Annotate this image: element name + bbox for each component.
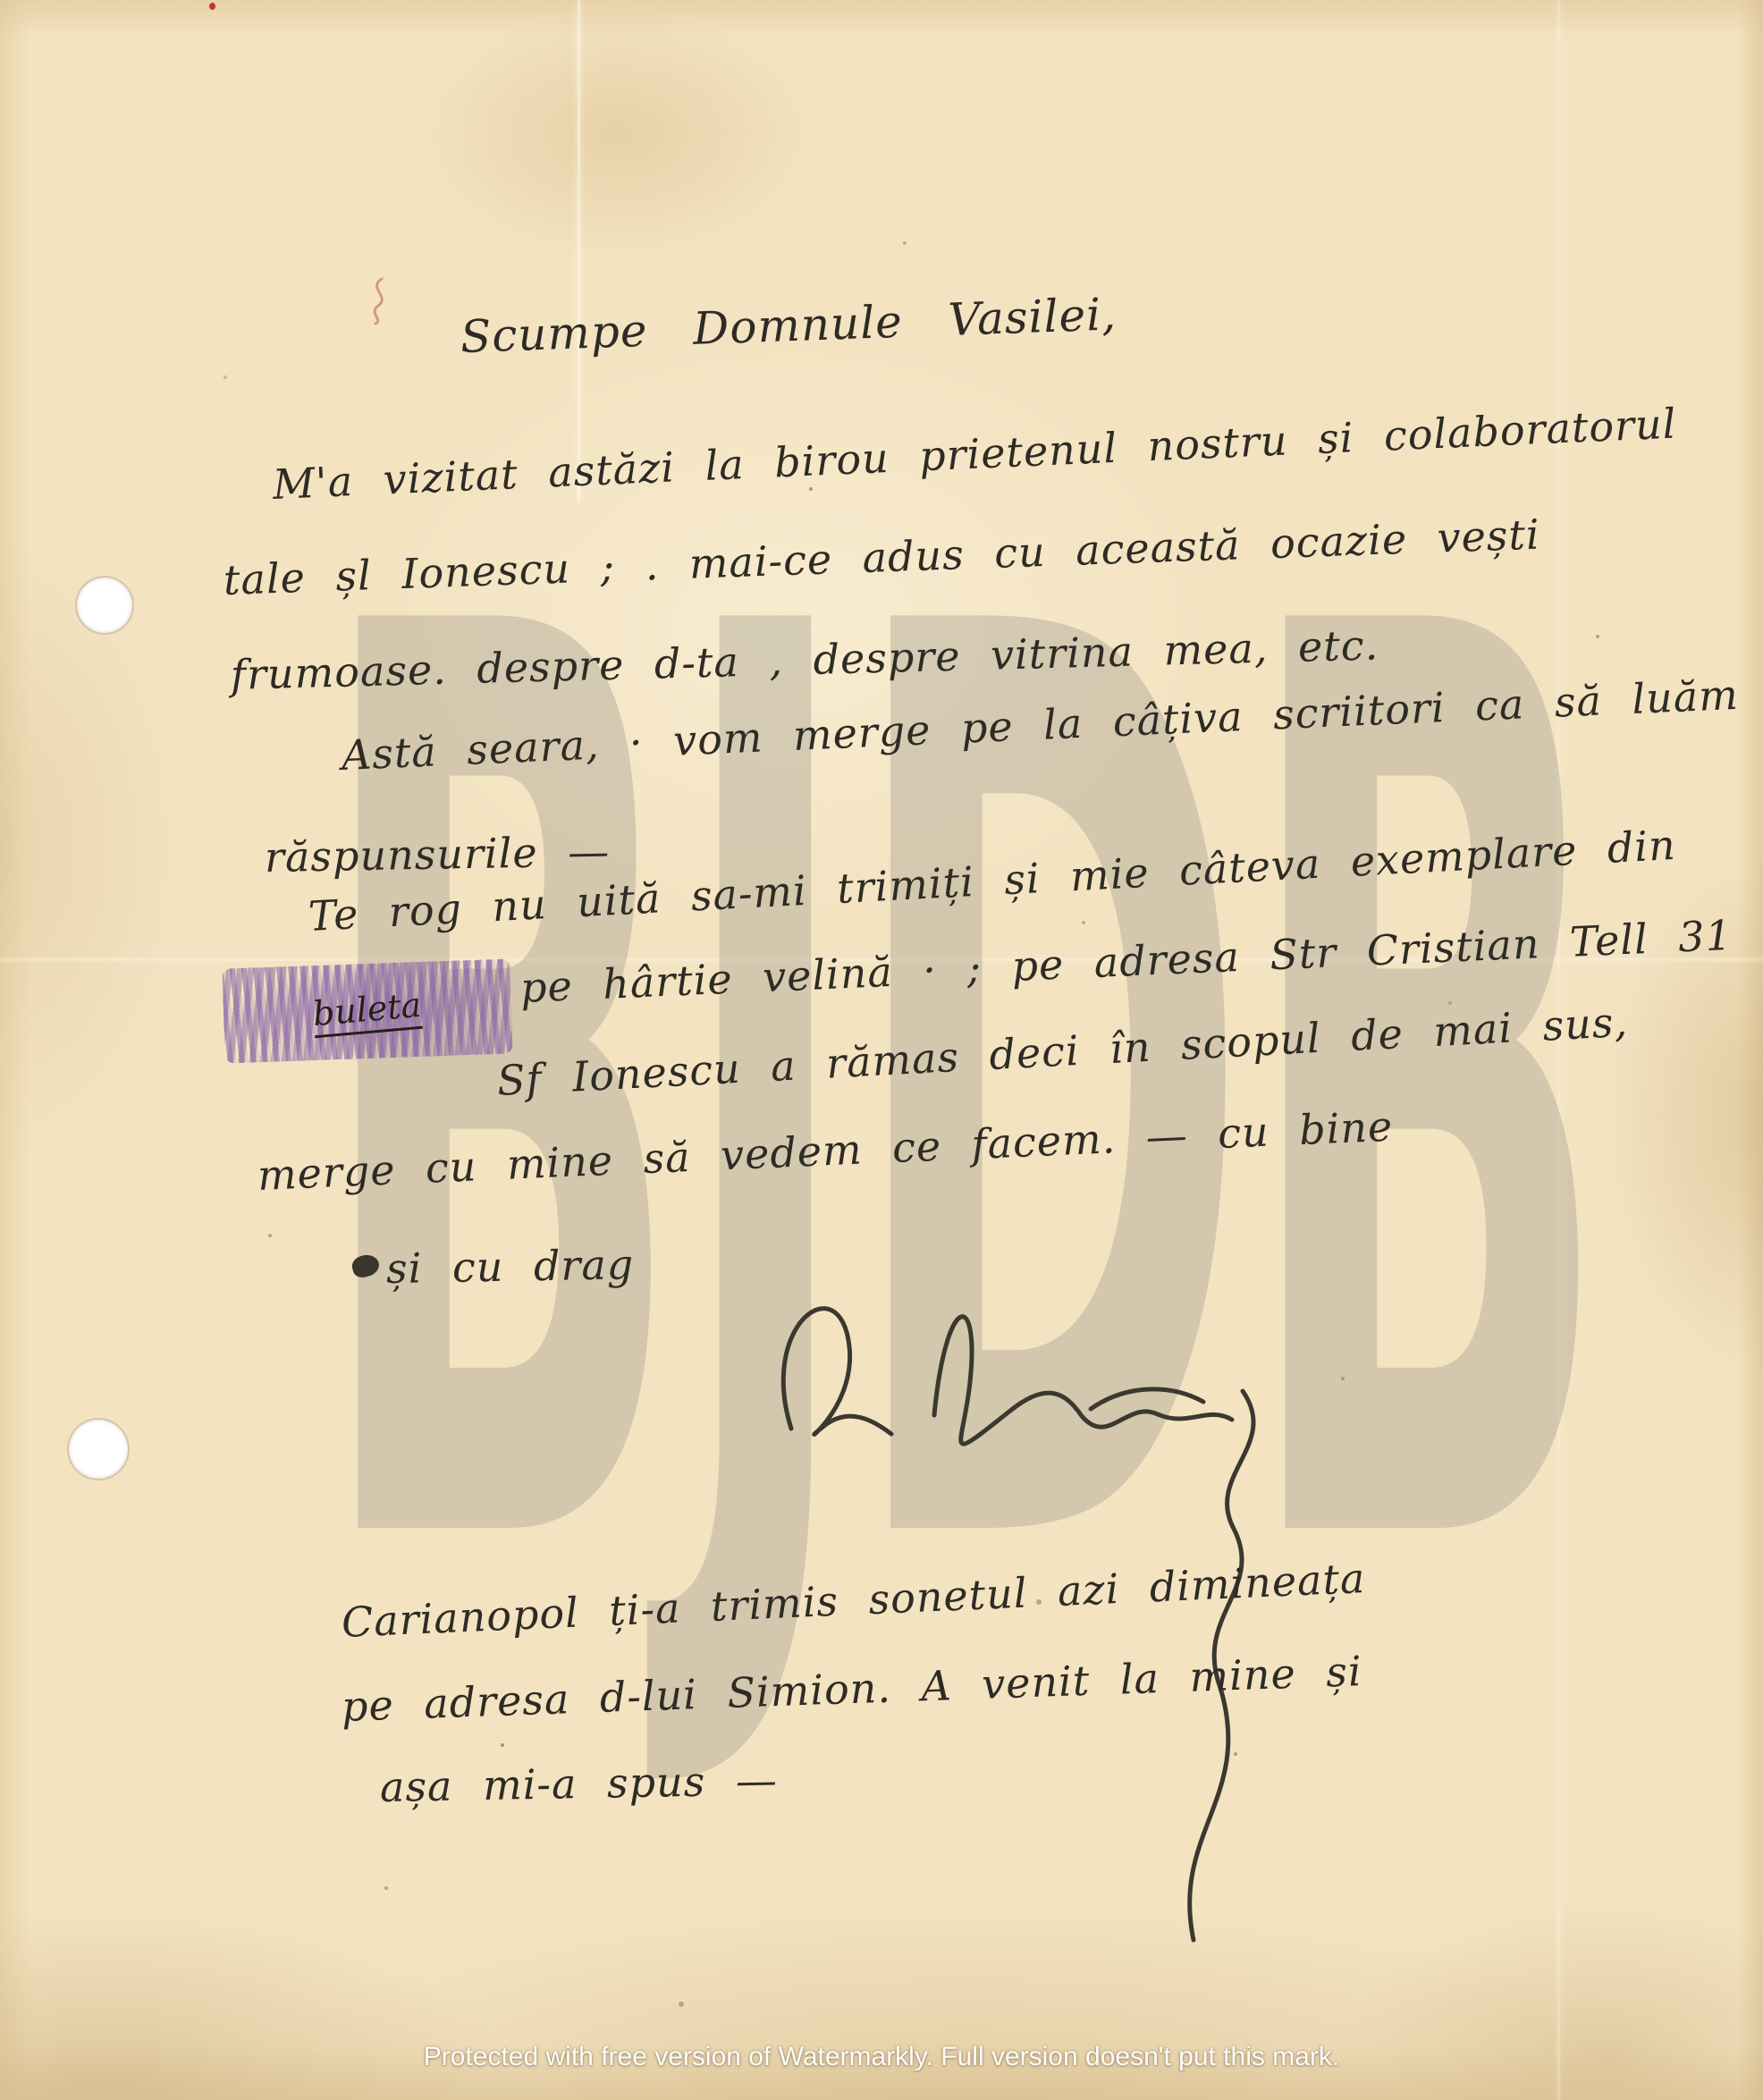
letter-line: tale șl Ionescu ; . mai-ce adus cu aceas… [223,510,1540,604]
punch-hole-bottom [69,1420,128,1479]
ink-blot [350,1252,381,1280]
letter-line: frumoase. despre d-ta , despre vitrina m… [230,620,1379,699]
letter-page: BJDB Scumpe Domnule Vasilei, M'a vizitat… [0,0,1763,2100]
red-speck [209,3,215,10]
letter-line: M'a vizitat astăzi la birou prietenul no… [272,399,1678,509]
watermarkly-notice-text: Protected with free version of Watermark… [0,2042,1763,2072]
punch-hole-top [77,578,132,633]
letter-line: pe hârtie velină · ; pe adresa Str Crist… [519,907,1763,1012]
closing-line: și cu drag [386,1240,635,1293]
letter-line: răspunsurile — [265,827,611,881]
letter-line: Sf Ionescu a rămas deci în scopul de mai… [496,998,1630,1105]
vertical-fold-crease [578,0,580,501]
paper-specks [809,487,813,491]
salutation-line: Scumpe Domnule Vasilei, [460,288,1118,363]
red-thread-mark [362,275,400,327]
letter-line: merge cu mine să vedem ce facem. — cu bi… [257,1102,1394,1200]
purple-scribble-redaction: buleta [222,958,513,1063]
vertical-fold-crease [1557,0,1560,2100]
postscript-line: așa mi-a spus — [380,1756,779,1811]
crossed-out-word: buleta [311,984,423,1037]
